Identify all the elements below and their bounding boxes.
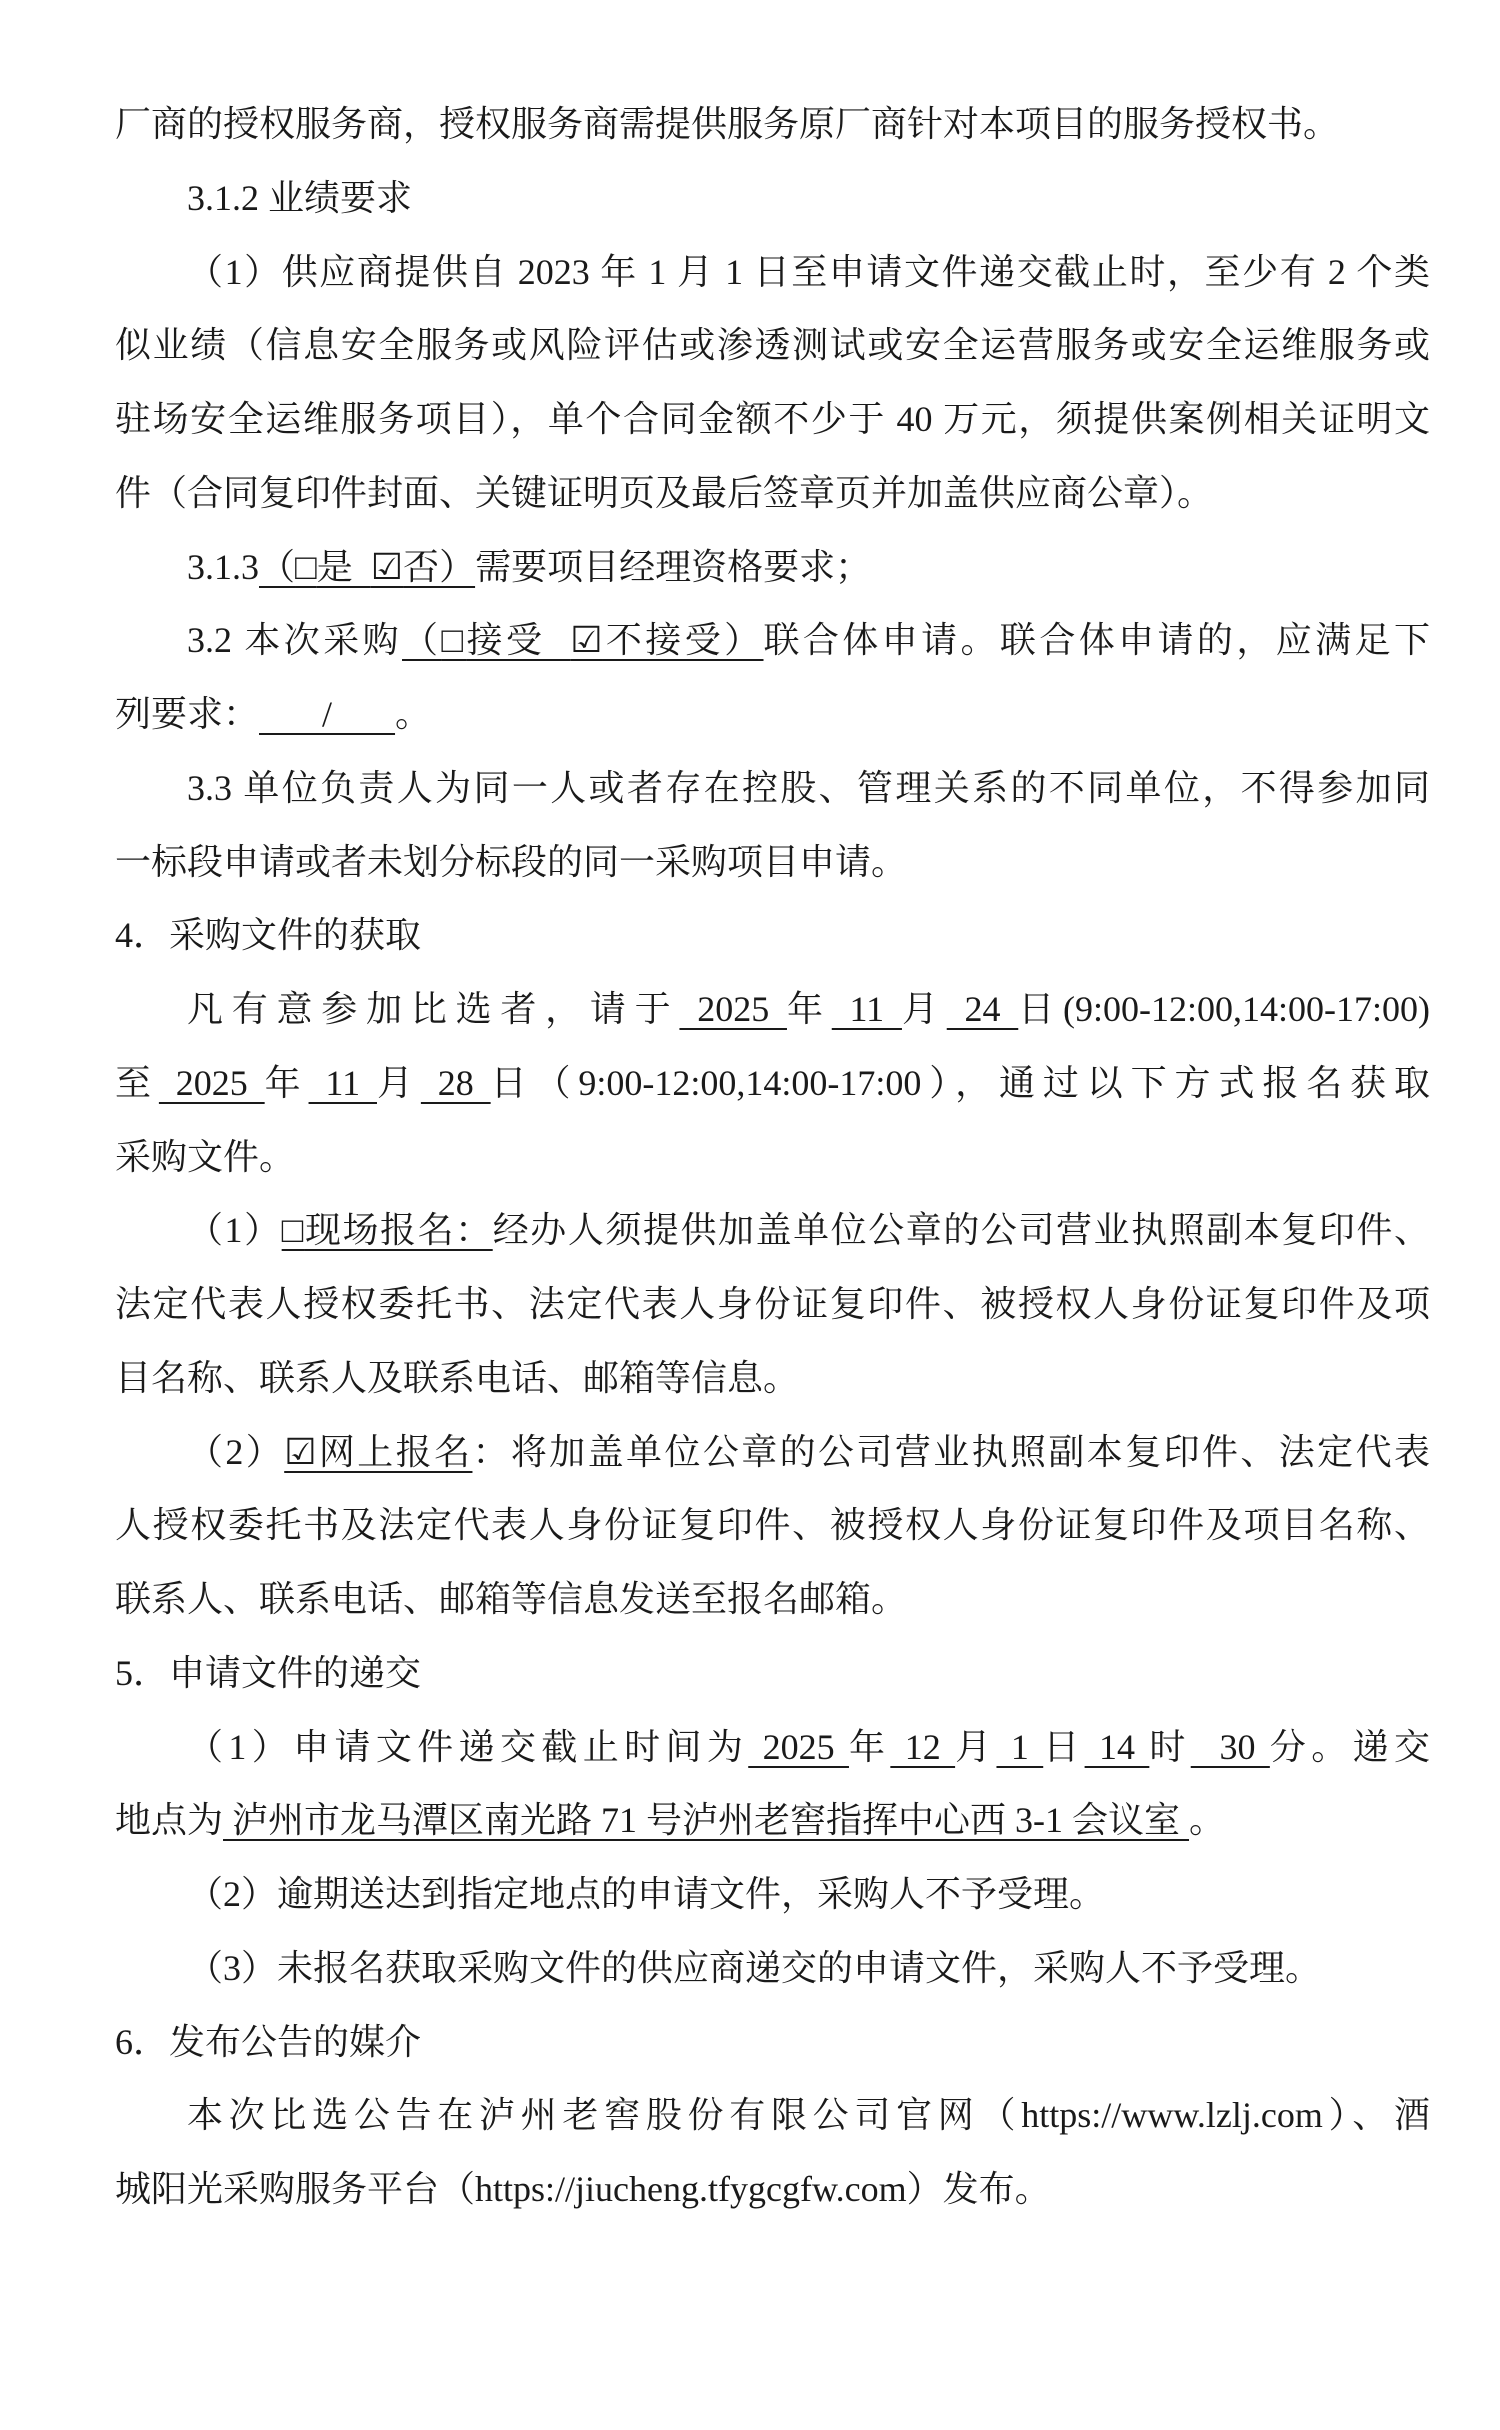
document-line: 件（合同复印件封面、关键证明页及最后签章页并加盖供应商公章）。 xyxy=(115,457,1430,531)
underlined-blank: （ xyxy=(259,547,295,587)
checkbox-unchecked-icon: □ xyxy=(295,547,317,587)
document-line: （1）□现场报名：经办人须提供加盖单位公章的公司营业执照副本复印件、 xyxy=(115,1194,1430,1268)
document-line: 采购文件。 xyxy=(115,1121,1430,1195)
text-run: 月 xyxy=(377,1063,421,1103)
checkbox-checked-icon: ☑ xyxy=(371,547,403,587)
document-line: 3.1.3（□是 ☑否）需要项目经理资格要求； xyxy=(115,531,1430,605)
document-line: 3.3 单位负责人为同一人或者存在控股、管理关系的不同单位，不得参加同 xyxy=(115,752,1430,826)
text-run: 日（9:00-12:00,14:00-17:00），通过以下方式报名获取 xyxy=(491,1063,1430,1103)
underlined-blank: 28 xyxy=(421,1063,491,1103)
document-line: 地点为 泸州市龙马潭区南光路 71 号泸州老窖指挥中心西 3-1 会议室 。 xyxy=(115,1784,1430,1858)
text-run: 似业绩（信息安全服务或风险评估或渗透测试或安全运营服务或安全运维服务或 xyxy=(115,325,1430,365)
document-line: 似业绩（信息安全服务或风险评估或渗透测试或安全运营服务或安全运维服务或 xyxy=(115,309,1430,383)
checkbox-checked-icon: ☑ xyxy=(570,620,602,660)
underlined-blank: / xyxy=(259,694,395,734)
text-run: 联合体申请。联合体申请的，应满足下 xyxy=(764,620,1430,660)
document-line: 凡有意参加比选者，请于 2025 年 11 月 24 日(9:00-12:00,… xyxy=(115,973,1430,1047)
document-line: 本次比选公告在泸州老窖股份有限公司官网（https://www.lzlj.com… xyxy=(115,2079,1430,2153)
underlined-blank: 泸州市龙马潭区南光路 71 号泸州老窖指挥中心西 3-1 会议室 xyxy=(223,1800,1189,1840)
text-run: 采购文件。 xyxy=(115,1137,295,1177)
text-run: 城阳光采购服务平台（https://jiucheng.tfygcgfw.com）… xyxy=(115,2169,1051,2209)
text-run: 3.3 单位负责人为同一人或者存在控股、管理关系的不同单位，不得参加同 xyxy=(187,768,1430,808)
underlined-blank: 2025 xyxy=(679,989,787,1029)
text-run: （1）供应商提供自 2023 年 1 月 1 日至申请文件递交截止时，至少有 2… xyxy=(187,252,1430,292)
document-line: 一标段申请或者未划分标段的同一采购项目申请。 xyxy=(115,826,1430,900)
text-run: 分。递交 xyxy=(1270,1727,1430,1767)
checkbox-checked-icon: ☑ xyxy=(284,1432,316,1472)
document-line: 列要求： / 。 xyxy=(115,678,1430,752)
text-run: 5．申请文件的递交 xyxy=(115,1653,421,1693)
document-line: 城阳光采购服务平台（https://jiucheng.tfygcgfw.com）… xyxy=(115,2153,1430,2227)
document-line: （2）逾期送达到指定地点的申请文件，采购人不予受理。 xyxy=(115,1858,1430,1932)
text-run: 驻场安全运维服务项目），单个合同金额不少于 40 万元，须提供案例相关证明文 xyxy=(115,399,1430,439)
document-line: 目名称、联系人及联系电话、邮箱等信息。 xyxy=(115,1342,1430,1416)
underlined-blank: 30 xyxy=(1191,1727,1270,1767)
text-run: 。 xyxy=(1189,1800,1225,1840)
document-line: 驻场安全运维服务项目），单个合同金额不少于 40 万元，须提供案例相关证明文 xyxy=(115,383,1430,457)
underlined-blank: 12 xyxy=(890,1727,955,1767)
text-run: 3.1.2 业绩要求 xyxy=(187,178,412,218)
section-heading: 4．采购文件的获取 xyxy=(115,899,1430,973)
underlined-blank: 接受 xyxy=(467,620,571,660)
text-run: 年 xyxy=(787,989,832,1029)
text-run: 地点为 xyxy=(115,1800,223,1840)
underlined-blank: 否） xyxy=(403,547,475,587)
document-line: 人授权委托书及法定代表人身份证复印件、被授权人身份证复印件及项目名称、 xyxy=(115,1489,1430,1563)
text-run: 至 xyxy=(115,1063,159,1103)
checkbox-unchecked-icon: □ xyxy=(441,620,466,660)
text-run: 列要求： xyxy=(115,694,259,734)
text-run: 经办人须提供加盖单位公章的公司营业执照副本复印件、 xyxy=(493,1210,1430,1250)
text-run: 4．采购文件的获取 xyxy=(115,915,421,955)
underlined-blank: 2025 xyxy=(159,1063,265,1103)
underlined-blank: 现场报名： xyxy=(305,1210,493,1250)
text-run: 年 xyxy=(265,1063,309,1103)
text-run: （1）申请文件递交截止时间为 xyxy=(187,1727,748,1767)
document-content: 厂商的授权服务商，授权服务商需提供服务原厂商针对本项目的服务授权书。3.1.2 … xyxy=(115,88,1430,2227)
underlined-blank: 是 xyxy=(317,547,371,587)
text-run: （3）未报名获取采购文件的供应商递交的申请文件，采购人不予受理。 xyxy=(187,1948,1321,1988)
text-run: 月 xyxy=(902,989,947,1029)
underlined-blank: 不接受） xyxy=(602,620,763,660)
underlined-blank: 11 xyxy=(309,1063,377,1103)
text-run: （2） xyxy=(187,1432,284,1472)
document-line: （1）供应商提供自 2023 年 1 月 1 日至申请文件递交截止时，至少有 2… xyxy=(115,236,1430,310)
underlined-blank: 网上报名 xyxy=(316,1432,472,1472)
text-run: ：将加盖单位公章的公司营业执照副本复印件、法定代表 xyxy=(472,1432,1430,1472)
document-line: 3.2 本次采购（□接受 ☑不接受）联合体申请。联合体申请的，应满足下 xyxy=(115,604,1430,678)
underlined-blank: （ xyxy=(402,620,441,660)
document-page: 厂商的授权服务商，授权服务商需提供服务原厂商针对本项目的服务授权书。3.1.2 … xyxy=(0,0,1500,2430)
text-run: 需要项目经理资格要求； xyxy=(475,547,871,587)
underlined-blank: 14 xyxy=(1085,1727,1150,1767)
text-run: 法定代表人授权委托书、法定代表人身份证复印件、被授权人身份证复印件及项 xyxy=(115,1284,1430,1324)
text-run: （1） xyxy=(187,1210,282,1250)
document-line: 厂商的授权服务商，授权服务商需提供服务原厂商针对本项目的服务授权书。 xyxy=(115,88,1430,162)
underlined-blank: 11 xyxy=(832,989,902,1029)
text-run: 凡有意参加比选者，请于 xyxy=(187,989,679,1029)
text-run: 3.1.3 xyxy=(187,547,259,587)
section-heading: 5．申请文件的递交 xyxy=(115,1637,1430,1711)
text-run: 人授权委托书及法定代表人身份证复印件、被授权人身份证复印件及项目名称、 xyxy=(115,1505,1430,1545)
text-run: 年 xyxy=(849,1727,890,1767)
document-line: （1）申请文件递交截止时间为 2025 年 12 月 1 日 14 时 30 分… xyxy=(115,1711,1430,1785)
text-run: 3.2 本次采购 xyxy=(187,620,402,660)
text-run: 本次比选公告在泸州老窖股份有限公司官网（https://www.lzlj.com… xyxy=(187,2095,1430,2135)
text-run: 一标段申请或者未划分标段的同一采购项目申请。 xyxy=(115,842,907,882)
section-heading: 6．发布公告的媒介 xyxy=(115,2006,1430,2080)
document-line: 联系人、联系电话、邮箱等信息发送至报名邮箱。 xyxy=(115,1563,1430,1637)
document-line: 法定代表人授权委托书、法定代表人身份证复印件、被授权人身份证复印件及项 xyxy=(115,1268,1430,1342)
text-run: 月 xyxy=(955,1727,996,1767)
underlined-blank: 1 xyxy=(996,1727,1043,1767)
text-run: 时 xyxy=(1149,1727,1190,1767)
underlined-blank: 2025 xyxy=(748,1727,849,1767)
text-run: 厂商的授权服务商，授权服务商需提供服务原厂商针对本项目的服务授权书。 xyxy=(115,104,1339,144)
document-line: 3.1.2 业绩要求 xyxy=(115,162,1430,236)
checkbox-unchecked-icon: □ xyxy=(282,1210,305,1250)
text-run: 目名称、联系人及联系电话、邮箱等信息。 xyxy=(115,1358,799,1398)
text-run: 日 xyxy=(1043,1727,1084,1767)
document-line: 至 2025 年 11 月 28 日（9:00-12:00,14:00-17:0… xyxy=(115,1047,1430,1121)
text-run: 联系人、联系电话、邮箱等信息发送至报名邮箱。 xyxy=(115,1579,907,1619)
document-line: （3）未报名获取采购文件的供应商递交的申请文件，采购人不予受理。 xyxy=(115,1932,1430,2006)
document-line: （2）☑网上报名：将加盖单位公章的公司营业执照副本复印件、法定代表 xyxy=(115,1416,1430,1490)
text-run: （2）逾期送达到指定地点的申请文件，采购人不予受理。 xyxy=(187,1874,1105,1914)
text-run: 。 xyxy=(395,694,431,734)
text-run: 日(9:00-12:00,14:00-17:00) xyxy=(1018,989,1430,1029)
text-run: 件（合同复印件封面、关键证明页及最后签章页并加盖供应商公章）。 xyxy=(115,473,1213,513)
text-run: 6．发布公告的媒介 xyxy=(115,2022,421,2062)
underlined-blank: 24 xyxy=(947,989,1019,1029)
